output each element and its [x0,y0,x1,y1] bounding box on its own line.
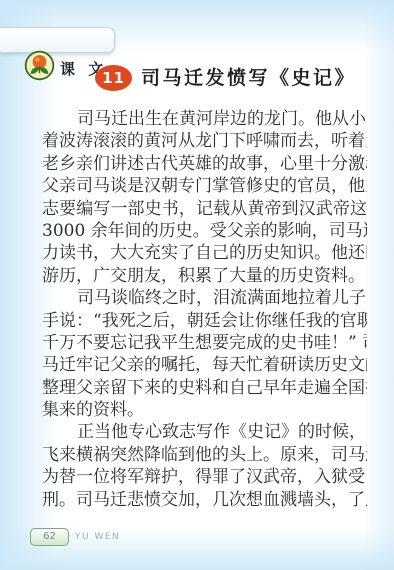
lesson-title: 司马迁发愤写《史记》 [141,64,356,92]
text-line: 老乡亲们讲述古代英雄的故事，心里十分激动。 [42,153,367,175]
text-line: 马迁牢记父亲的嘱托，每天忙着研读历史文献， [42,354,367,376]
page-number-badge: 62 [30,528,69,546]
text-line: 手说：“我死之后，朝廷会让你继任我的官职，你 [42,310,367,332]
text-line: 着波涛滚滚的黄河从龙门下呼啸而去，听着父 [42,130,367,152]
text-line: 司马谈临终之时，泪流满面地拉着儿子的 [42,287,367,309]
text-line: 父亲司马谈是汉朝专门掌管修史的官员，他立 [42,175,367,197]
text-line: 为替一位将军辩护，得罪了汉武帝，入狱受了酷 [42,466,367,488]
text-line: 正当他专心致志写作《史记》的时候，一场 [42,421,367,443]
text-line: 整理父亲留下来的史料和自己早年走遍全国搜 [42,377,367,399]
text-line: 志要编写一部史书，记载从黄帝到汉武帝这 [42,198,367,220]
text-line: 飞来横祸突然降临到他的头上。原来，司马迁因 [42,444,367,466]
book-label: YU WEN [75,532,120,542]
body-text: 司马迁出生在黄河岸边的龙门。他从小看着波涛滚滚的黄河从龙门下呼啸而去，听着父老乡… [42,108,367,511]
text-line: 刑。司马迁悲愤交加，几次想血溅墙头，了此残 [42,489,367,511]
textbook-page: 课 文 11 司马迁发愤写《史记》 司马迁出生在黄河岸边的龙门。他从小看着波涛滚… [0,0,394,570]
text-line: 3000 余年间的历史。受父亲的影响，司马迁努 [42,220,367,242]
lesson-title-row: 11 司马迁发愤写《史记》 [0,64,394,92]
text-line: 游历，广交朋友，积累了大量的历史资料。 [42,265,367,287]
text-line: 千万不要忘记我平生想要完成的史书哇！” 司 [42,332,367,354]
text-line: 力读书，大大充实了自己的历史知识。他还四处 [42,242,367,264]
section-tab: 课 文 [0,27,115,53]
lesson-number-badge: 11 [95,65,132,91]
paragraph: 司马谈临终之时，泪流满面地拉着儿子的手说：“我死之后，朝廷会让你继任我的官职，你… [42,287,367,421]
text-line: 司马迁出生在黄河岸边的龙门。他从小看 [42,108,367,130]
text-line: 集来的资料。 [42,399,367,421]
paragraph: 司马迁出生在黄河岸边的龙门。他从小看着波涛滚滚的黄河从龙门下呼啸而去，听着父老乡… [42,108,367,287]
paragraph: 正当他专心致志写作《史记》的时候，一场飞来横祸突然降临到他的头上。原来，司马迁因… [42,421,367,511]
